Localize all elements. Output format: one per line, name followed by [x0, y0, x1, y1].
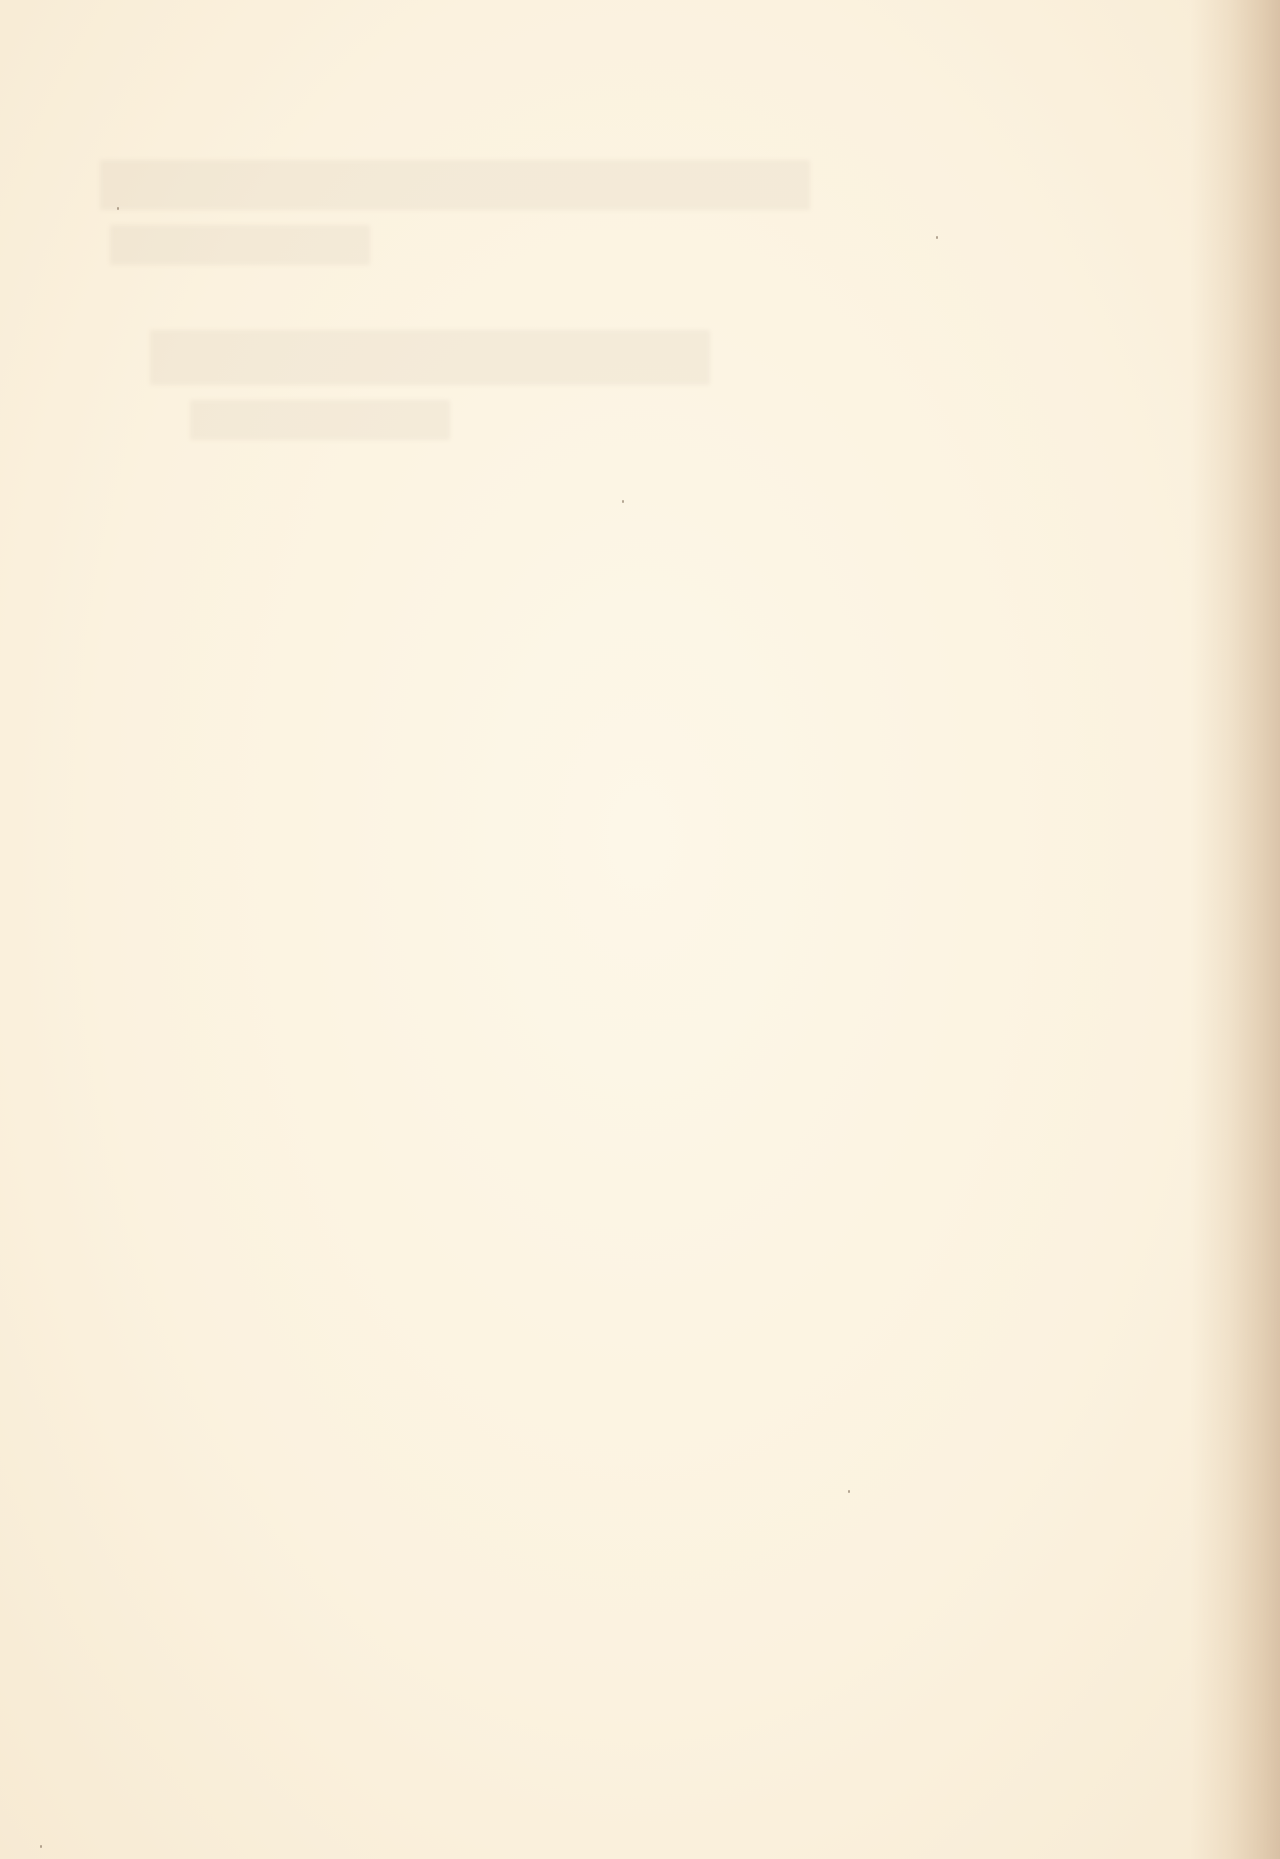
paper-speck	[622, 500, 624, 503]
bleed-through-line	[190, 400, 450, 440]
scanned-blank-page	[0, 0, 1280, 1859]
paper-speck	[848, 1490, 850, 1493]
paper-speck	[936, 236, 938, 239]
bleed-through-line	[150, 330, 710, 385]
paper-speck	[117, 207, 119, 210]
bleed-through-line	[110, 225, 370, 265]
bleed-through-line	[100, 160, 810, 210]
paper-speck	[40, 1845, 42, 1848]
